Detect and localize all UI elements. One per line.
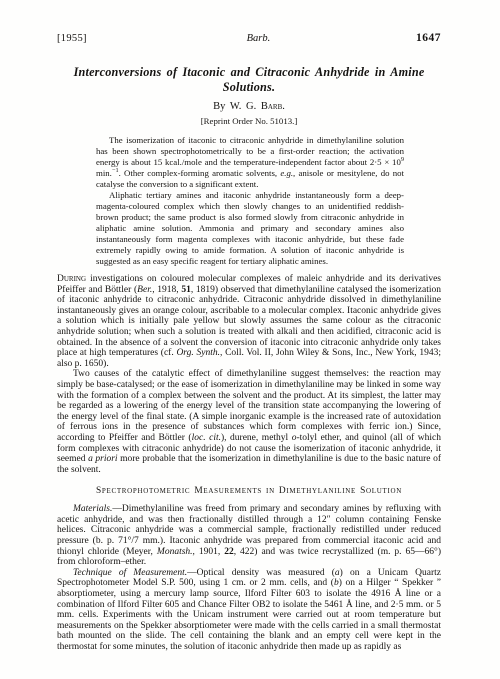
byline: By W. G. Barb. [57, 101, 441, 112]
reprint-order: [Reprint Order No. 51013.] [57, 116, 441, 126]
section-heading: Spectrophotometric Measurements in Dimet… [57, 486, 441, 497]
article-title-line-1: Interconversions of Itaconic and Citraco… [57, 65, 441, 80]
abstract-paragraph-2: Aliphatic tertiary amines and itaconic a… [96, 190, 404, 267]
intro-paragraph-2: Two causes of the catalytic effect of di… [57, 369, 441, 475]
abstract-paragraph-1: The isomerization of itaconic to citraco… [96, 135, 404, 190]
article-title-line-2: Solutions. [57, 80, 441, 95]
experimental-section: Materials.—Dimethylaniline was freed fro… [57, 504, 441, 652]
introduction: During investigations on coloured molecu… [57, 274, 441, 475]
header-page-number: 1647 [416, 32, 441, 44]
technique-paragraph: Technique of Measurement.—Optical densit… [57, 568, 441, 653]
article-title: Interconversions of Itaconic and Citraco… [57, 65, 441, 95]
header-running-author: Barb. [233, 33, 271, 45]
page-header: [1955] Barb. 1647 [57, 32, 441, 45]
intro-paragraph-1: During investigations on coloured molecu… [57, 274, 441, 369]
materials-paragraph: Materials.—Dimethylaniline was freed fro… [57, 504, 441, 568]
journal-page: [1955] Barb. 1647 Interconversions of It… [0, 0, 500, 679]
abstract: The isomerization of itaconic to citraco… [96, 135, 404, 267]
header-year: [1955] [57, 33, 87, 45]
